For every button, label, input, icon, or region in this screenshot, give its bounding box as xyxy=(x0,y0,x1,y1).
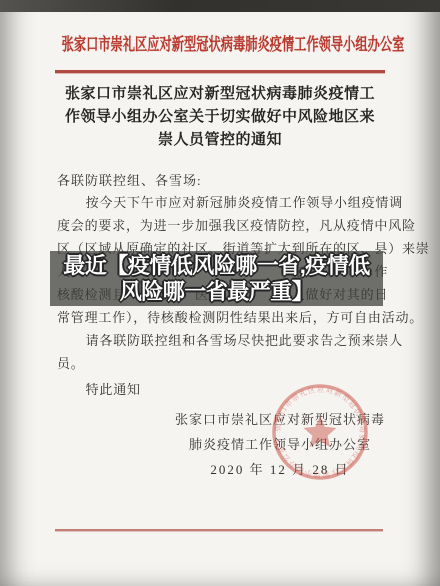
letterhead-org-name: 张家口市崇礼区应对新型冠状病毒肺炎疫情工作领导小组办公室 xyxy=(62,33,379,57)
para1-line6: 常管理工作），待核酸检测阴性结果出来后，方可自由活动。 xyxy=(57,306,385,329)
footer-rule xyxy=(55,529,383,531)
closing-phrase: 特此通知 xyxy=(57,378,385,401)
notice-title-line3: 崇人员管控的通知 xyxy=(0,128,440,151)
para2-line2: 员。 xyxy=(57,352,385,375)
para1-line1: 按今天下午市应对新冠肺炎疫情工作领导小组疫情调 xyxy=(57,191,385,214)
notice-title-line1: 张家口市崇礼区应对新型冠状病毒肺炎疫情工 xyxy=(0,82,440,105)
notice-title: 张家口市崇礼区应对新型冠状病毒肺炎疫情工 作领导小组办公室关于切实做好中风险地区… xyxy=(0,82,440,151)
caption-overlay-banner: 最近【疫情低风险哪一省,疫情低 风险哪一省最严重】 xyxy=(50,251,383,306)
signature-org-line2: 肺炎疫情工作领导小组办公室 xyxy=(150,432,410,457)
caption-line2: 风险哪一省最严重】 xyxy=(120,279,314,305)
document-photo: 张家口市崇礼区应对新型冠状病毒肺炎疫情工作领导小组办公室 张家口市崇礼区应对新型… xyxy=(0,0,440,586)
caption-line1: 最近【疫情低风险哪一省,疫情低 xyxy=(63,253,370,279)
signature-org-line1: 张家口市崇礼区应对新型冠状病毒 xyxy=(150,407,410,432)
photo-top-edge xyxy=(0,0,440,12)
letterhead-rule xyxy=(55,70,385,73)
paragraph-2: 请各联防联控组和各雪场尽快把此要求告之预来崇人 员。 xyxy=(57,329,385,375)
salutation: 各联防联控组、各雪场: xyxy=(57,171,385,191)
para2-line1: 请各联防联控组和各雪场尽快把此要求告之预来崇人 xyxy=(57,329,385,352)
para1-line2: 度会的要求，为进一步加强我区疫情防控，凡从疫情中风险 xyxy=(57,214,385,237)
signature-date: 2020 年 12 月 28 日 xyxy=(150,457,410,482)
notice-title-line2: 作领导小组办公室关于切实做好中风险地区来 xyxy=(0,105,440,128)
signature-block: 张家口市崇礼区应对新型冠状病毒 肺炎疫情工作领导小组办公室 2020 年 12 … xyxy=(150,407,410,482)
